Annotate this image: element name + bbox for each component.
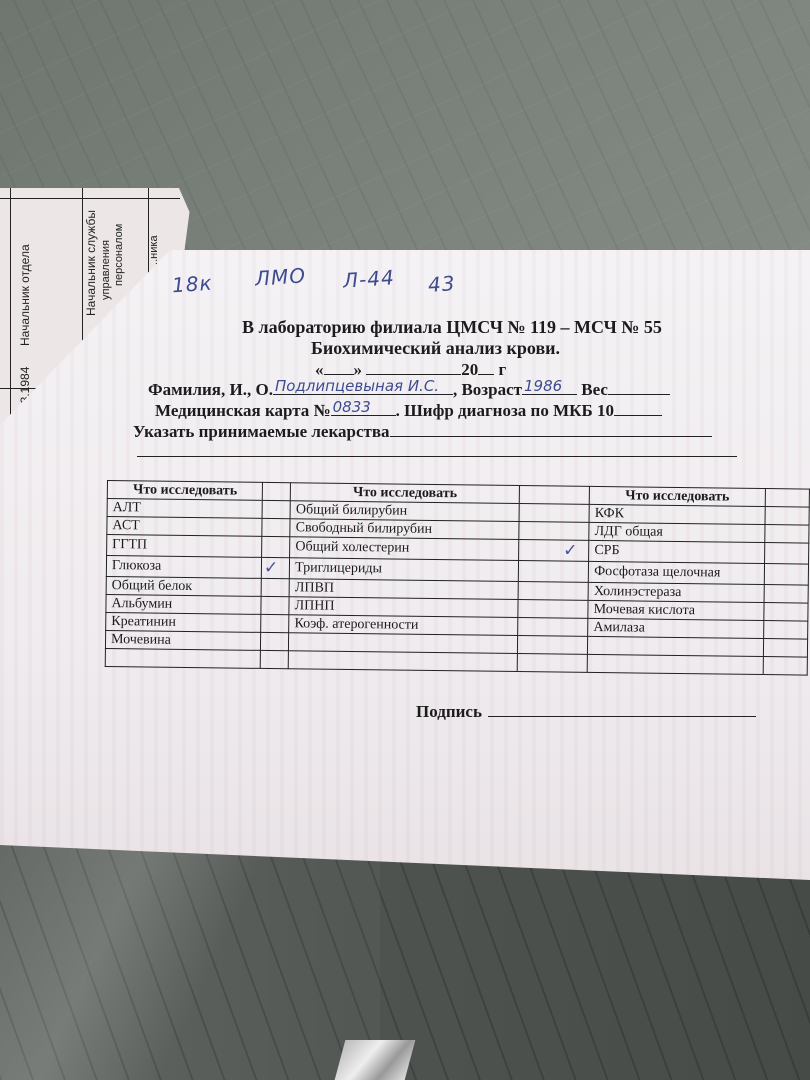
test-checkbox[interactable] — [763, 657, 807, 676]
test-name — [588, 636, 764, 656]
test-name: Холинэстераза — [588, 582, 764, 602]
handwritten-note: 43 — [427, 271, 456, 297]
check-mark-icon: ✓ — [264, 558, 278, 578]
test-checkbox[interactable] — [262, 536, 290, 557]
test-checkbox[interactable] — [518, 600, 588, 619]
test-name: Триглицериды — [290, 558, 519, 582]
test-checkbox[interactable] — [262, 518, 290, 536]
test-name — [288, 651, 517, 672]
test-name: АЛТ — [107, 499, 263, 519]
check-column-header — [765, 489, 809, 508]
drugs-line: Указать принимаемые лекарства — [133, 422, 712, 442]
check-column-header — [519, 486, 589, 505]
year-prefix: 20 — [461, 360, 478, 379]
test-checkbox[interactable] — [763, 621, 807, 640]
test-name: Креатинин — [106, 612, 262, 632]
card-label: Медицинская карта № — [155, 401, 331, 420]
test-name: ГГТП — [107, 535, 263, 558]
analysis-title: Биохимический анализ крови. — [311, 338, 560, 359]
name-field[interactable]: Подлипцевыная И.С. — [273, 380, 453, 395]
drugs-label: Указать принимаемые лекарства — [133, 422, 390, 441]
patient-line: Фамилия, И., О.Подлипцевыная И.С., Возра… — [148, 380, 670, 400]
test-checkbox[interactable] — [518, 582, 588, 601]
test-name: Общий белок — [106, 576, 262, 596]
month-field[interactable] — [366, 360, 461, 375]
test-checkbox[interactable] — [517, 654, 587, 673]
back-sheet-column: управления — [100, 240, 112, 300]
test-name: Мочевая кислота — [588, 600, 764, 620]
check-column-header — [263, 482, 291, 500]
weight-label: Вес — [581, 380, 608, 399]
column-header: Что исследовать — [589, 486, 765, 506]
icd-field[interactable] — [614, 401, 662, 416]
card-line: Медицинская карта №0833. Шифр диагноза п… — [155, 401, 662, 421]
test-checkbox[interactable] — [764, 564, 808, 586]
test-checkbox[interactable] — [765, 507, 809, 526]
test-name: АСТ — [107, 517, 263, 537]
back-sheet-rule — [10, 188, 11, 428]
tests-table: Что исследовать Что исследовать Что иссл… — [105, 480, 810, 676]
test-name: Альбумин — [106, 594, 262, 614]
test-name: КФК — [589, 504, 765, 524]
test-checkbox[interactable] — [764, 543, 808, 565]
test-checkbox[interactable] — [261, 650, 289, 668]
back-sheet-column: Начальник отдела — [18, 244, 32, 346]
card-value: 0833 — [333, 398, 371, 416]
icd-label: Шифр диагноза по МКБ 10 — [404, 401, 614, 420]
age-field[interactable]: 1986 — [522, 380, 577, 395]
test-checkbox[interactable]: ✓ — [262, 557, 290, 578]
test-checkbox[interactable] — [765, 525, 809, 544]
test-name: Мочевина — [105, 630, 261, 650]
back-sheet-column: Начальник службы — [84, 210, 98, 316]
weight-field[interactable] — [608, 380, 670, 395]
plastic-bag — [0, 845, 380, 1080]
test-checkbox[interactable]: ✓ — [519, 540, 589, 562]
test-checkbox[interactable] — [764, 585, 808, 604]
test-checkbox[interactable] — [262, 578, 290, 596]
handwritten-note: Л-44 — [342, 265, 395, 293]
test-name: Фосфотаза щелочная — [588, 561, 764, 584]
drugs-field-continuation[interactable] — [137, 456, 737, 457]
test-checkbox[interactable] — [518, 561, 588, 583]
test-checkbox[interactable] — [519, 504, 589, 523]
lab-title: В лабораторию филиала ЦМСЧ № 119 – МСЧ №… — [242, 317, 662, 338]
test-checkbox[interactable] — [518, 618, 588, 637]
test-checkbox[interactable] — [263, 500, 291, 518]
check-mark-icon: ✓ — [563, 541, 577, 561]
foil-packet — [335, 1040, 416, 1080]
handwritten-note: ЛМО — [254, 263, 307, 291]
test-name — [105, 648, 261, 668]
name-value: Подлипцевыная И.С. — [275, 377, 439, 395]
test-name: Глюкоза — [106, 556, 262, 579]
column-header: Что исследовать — [107, 481, 263, 501]
day-field[interactable] — [324, 360, 354, 375]
year-suffix: г — [499, 360, 507, 379]
test-checkbox[interactable] — [261, 596, 289, 614]
year-field[interactable] — [478, 360, 494, 375]
test-checkbox[interactable] — [261, 614, 289, 632]
test-name: СРБ — [589, 540, 765, 563]
age-label: Возраст — [461, 380, 522, 399]
back-sheet-column: персоналом — [113, 224, 125, 286]
test-checkbox[interactable] — [763, 639, 807, 658]
back-sheet-rule — [0, 198, 180, 199]
test-checkbox[interactable] — [519, 522, 589, 541]
test-checkbox[interactable] — [261, 632, 289, 650]
drugs-field[interactable] — [390, 422, 712, 437]
test-checkbox[interactable] — [764, 603, 808, 622]
age-value: 1986 — [524, 377, 562, 395]
test-checkbox[interactable] — [518, 636, 588, 655]
test-name: ЛДГ общая — [589, 522, 765, 542]
signature-field[interactable] — [488, 716, 756, 717]
handwritten-note: 18к — [171, 271, 213, 298]
name-label: Фамилия, И., О. — [148, 380, 273, 399]
signature-line: Подпись — [416, 702, 756, 722]
test-name — [587, 654, 763, 674]
card-field[interactable]: 0833 — [331, 401, 396, 416]
test-name: Амилаза — [588, 618, 764, 638]
test-name: Общий холестерин — [290, 537, 519, 561]
signature-label: Подпись — [416, 702, 482, 721]
